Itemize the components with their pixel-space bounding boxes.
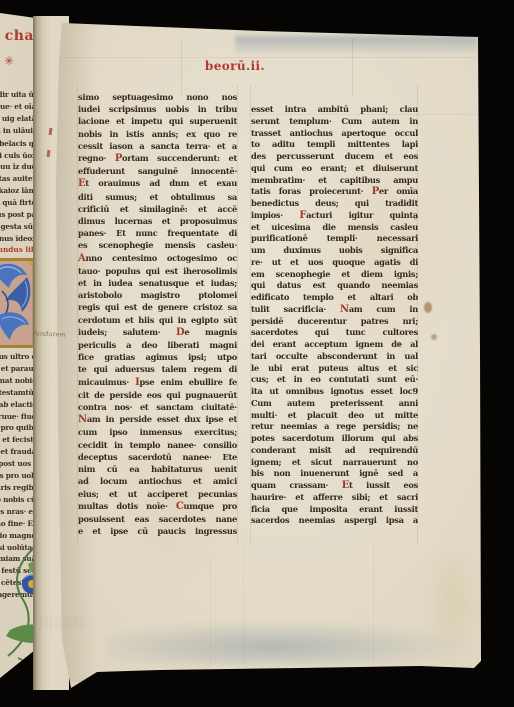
text-line: Et in ulāuit <box>0 125 36 138</box>
text-line: nus· et fecisti <box>0 434 36 446</box>
red-paraph-star: ✳ <box>4 54 14 68</box>
text-line: tates nras· et <box>0 506 36 518</box>
marginal-gloss: fundatem <box>33 329 66 338</box>
illuminated-initial <box>0 257 37 349</box>
text-line: la fruue· fiue <box>0 411 36 423</box>
text-line: dho fine· Et <box>0 518 36 530</box>
text-line: tot ab elactis <box>0 399 36 411</box>
text-line: cū uig elatā <box>0 113 36 125</box>
text-line: nibus post pa <box>0 209 36 221</box>
text-line: danus īdeoz <box>0 233 36 245</box>
text-line: gestas auiter <box>0 173 36 185</box>
text-line: oīa gesta sūt <box>0 221 36 233</box>
rubric-fragment: t secundus lib <box>0 245 36 254</box>
text-line: dir uita ū· <box>0 89 36 101</box>
text-line: dit· et parauī <box>0 363 36 375</box>
facing-text-upper: dir uita ū·cuue· et oīacū uig elatāEt in… <box>0 89 36 245</box>
facing-running-title-fragment: cha <box>0 28 34 44</box>
text-line: cuue· et oīa <box>0 101 36 113</box>
text-line: domus ultro e <box>0 351 36 363</box>
text-line: nikaioz lām <box>0 185 36 197</box>
text-line: mus: et frauda <box>0 446 36 458</box>
page-edge-vignette <box>0 0 514 707</box>
manuscript-page: beorū.ii. simo septuagesimo nono nosiude… <box>0 0 514 707</box>
text-line: toi culs ūoz <box>0 150 36 162</box>
text-line: g post uos ī <box>0 458 36 470</box>
text-line: āsuu īz duē <box>0 161 36 173</box>
text-line: et quā firtē <box>0 197 36 209</box>
text-line: de nris regib; <box>0 482 36 494</box>
faint-offset-text <box>40 617 86 629</box>
text-line: ia pro nobis cū <box>0 494 36 506</box>
manuscript-photo: cha ✳ dir uita ū·cuue· et oīacū uig elat… <box>0 0 514 707</box>
text-line: tamus pro uob <box>0 470 36 482</box>
text-line: firmat nobis <box>0 375 36 387</box>
text-line: et belacis q· <box>0 138 36 150</box>
text-line: nr testamtū· <box>0 387 36 399</box>
text-line: debis pro quib; <box>0 422 36 434</box>
